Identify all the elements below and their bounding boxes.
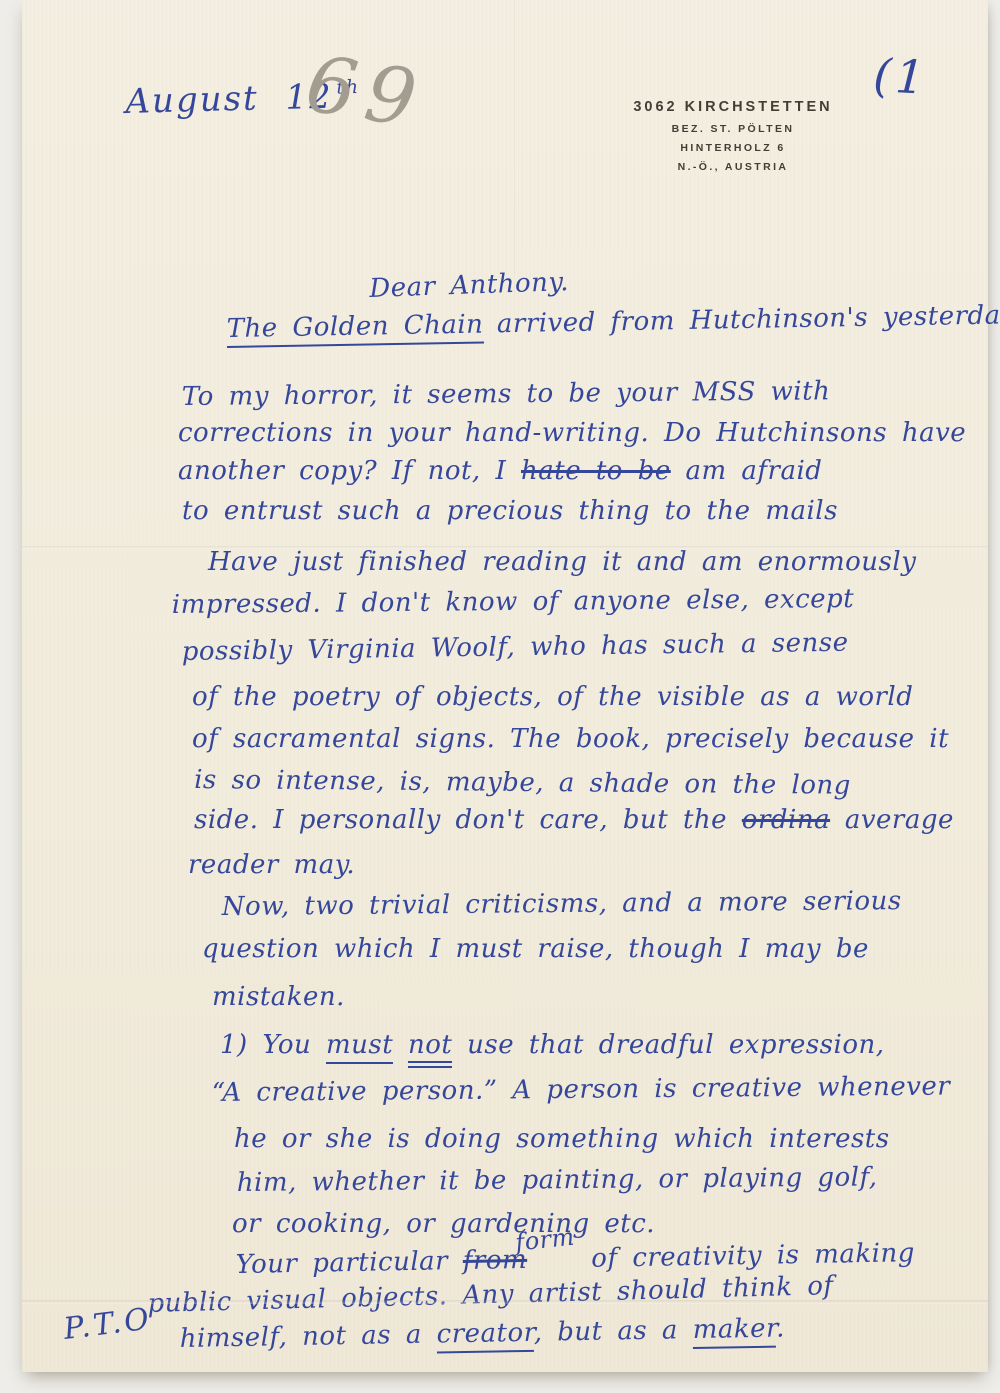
letter-line: of sacramental signs. The book, precisel… (192, 722, 949, 756)
letter-text: not (408, 1030, 452, 1068)
scanned-letter: August 12th 69 3062 KIRCHSTETTEN BEZ. ST… (0, 0, 1000, 1393)
letter-line: or cooking, or gardening etc. (232, 1207, 655, 1241)
letter-text: arrived from Hutchinson's yesterday. (483, 300, 1000, 339)
letter-text: . (776, 1313, 785, 1343)
letter-text: am afraid (671, 456, 823, 486)
letter-line: to entrust such a precious thing to the … (182, 494, 838, 528)
letter-text: he or she is doing something which inter… (234, 1124, 890, 1154)
letter-text: another copy? If not, I (178, 456, 521, 486)
letter-text: 1) You (220, 1030, 326, 1060)
letter-line: corrections in your hand-writing. Do Hut… (178, 416, 966, 450)
letter-text: Have just finished reading it and am eno… (208, 547, 916, 577)
letter-line: reader may. (188, 848, 355, 882)
letter-text: corrections in your hand-writing. Do Hut… (178, 418, 966, 448)
letter-text: to entrust such a precious thing to the … (182, 496, 838, 526)
letter-text: Now, two trivial criticisms, and a more … (222, 886, 902, 922)
letter-text: average (830, 805, 954, 835)
letter-text: of creativity is making (576, 1238, 915, 1274)
letter-text: The Golden Chain (226, 310, 483, 348)
struck-text: hate to be (521, 456, 671, 486)
letter-text: To my horror, it seems to be your MSS wi… (182, 376, 831, 412)
letter-text: , but as a (533, 1315, 693, 1348)
letter-text: impressed. I don't know of anyone else, … (172, 584, 855, 620)
letter-line: of the poetry of objects, of the visible… (192, 680, 913, 714)
letter-text: “A creative person.” A person is creativ… (212, 1072, 951, 1108)
letter-text: side. I personally don't care, but the (194, 805, 742, 835)
letter-line: is so intense, is, maybe, a shade on the… (194, 763, 851, 803)
letter-text: of sacramental signs. The book, precisel… (192, 724, 949, 754)
letter-line: Dear Anthony. (369, 265, 570, 306)
letter-text: himself, not as a (179, 1320, 436, 1354)
letter-text: use that dreadful expression, (452, 1030, 884, 1060)
letter-line: himself, not as a creator, but as a make… (179, 1311, 785, 1356)
letter-line: To my horror, it seems to be your MSS wi… (182, 374, 831, 414)
letter-line: The Golden Chain arrived from Hutchinson… (226, 298, 1000, 346)
letter-text: must (326, 1030, 393, 1064)
letter-line: another copy? If not, I hate to be am af… (178, 454, 822, 488)
letter-text: maker (692, 1314, 776, 1349)
letter-line: question which I must raise, though I ma… (202, 932, 869, 966)
letter-paper: August 12th 69 3062 KIRCHSTETTEN BEZ. ST… (22, 0, 988, 1372)
letter-line: impressed. I don't know of anyone else, … (172, 582, 855, 622)
letter-line: he or she is doing something which inter… (234, 1122, 890, 1156)
letter-text: question which I must raise, though I ma… (202, 934, 869, 964)
letter-line: him, whether it be painting, or playing … (237, 1160, 878, 1200)
letter-text: mistaken. (212, 982, 345, 1012)
letter-text: him, whether it be painting, or playing … (237, 1162, 878, 1198)
letter-text: Your particular (235, 1246, 463, 1280)
letter-line: “A creative person.” A person is creativ… (212, 1070, 951, 1110)
letter-line: 1) You must not use that dreadful expres… (220, 1028, 885, 1062)
letter-line: side. I personally don't care, but the o… (194, 803, 954, 837)
letter-text: of the poetry of objects, of the visible… (192, 682, 913, 712)
letter-text: Dear Anthony. (369, 267, 569, 304)
letter-text: reader may. (188, 850, 355, 880)
letter-body: Dear Anthony.The Golden Chain arrived fr… (22, 0, 988, 1372)
letter-line: Now, two trivial criticisms, and a more … (222, 884, 902, 924)
struck-text: ordina (742, 805, 830, 835)
letter-line: Have just finished reading it and am eno… (208, 545, 916, 579)
letter-text: possibly Virginia Woolf, who has such a … (182, 628, 849, 667)
letter-text: or cooking, or gardening etc. (232, 1209, 655, 1239)
letter-text (393, 1030, 408, 1060)
letter-line: mistaken. (212, 980, 345, 1014)
letter-text: is so intense, is, maybe, a shade on the… (194, 765, 851, 801)
letter-line: possibly Virginia Woolf, who has such a … (182, 626, 849, 669)
letter-text: creator (436, 1318, 534, 1354)
inserted-text: form (513, 1220, 576, 1260)
